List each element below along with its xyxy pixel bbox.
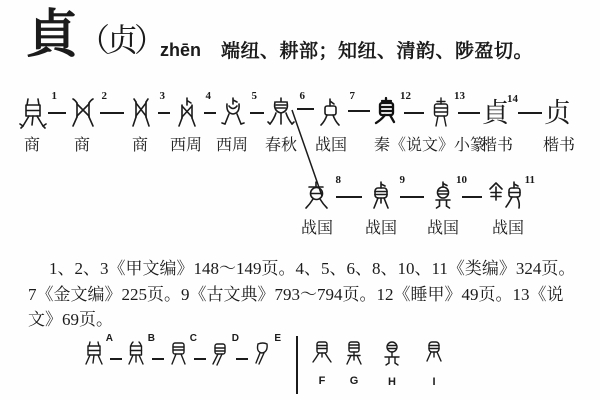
variant-glyph-h bbox=[380, 340, 404, 372]
ancient-glyph-2: 2 bbox=[68, 96, 98, 134]
variant-ding-icon bbox=[82, 340, 106, 372]
glyph-number: 12 bbox=[400, 90, 411, 102]
variant-glyph-c: C bbox=[166, 340, 190, 372]
period-label: 商 bbox=[74, 138, 90, 154]
period-label: 战国 bbox=[365, 221, 397, 237]
glyph-number: 3 bbox=[160, 90, 166, 102]
variant-bei-base-icon bbox=[380, 340, 404, 372]
glyph-number: 11 bbox=[525, 174, 535, 186]
pinyin: zhēn bbox=[160, 40, 201, 61]
link-dash bbox=[152, 358, 164, 360]
link-dash bbox=[204, 112, 216, 114]
link-dash bbox=[462, 196, 482, 198]
period-label: 秦 bbox=[374, 138, 390, 154]
variant-glyph-b: B bbox=[124, 340, 148, 372]
variant-bei-legs-icon bbox=[342, 340, 366, 372]
link-dash bbox=[348, 110, 370, 112]
variant-bei-icon bbox=[166, 340, 190, 372]
glyph-number: 6 bbox=[300, 90, 306, 102]
ancient-glyph-9: 9 bbox=[366, 180, 396, 218]
variant-glyph-d: D bbox=[208, 340, 232, 372]
reference-line: 文》69页。 bbox=[28, 307, 576, 333]
variant-glyph-i bbox=[422, 340, 446, 372]
variant-bei-legs-icon bbox=[310, 340, 334, 372]
ancient-glyph-10: 10 bbox=[428, 180, 458, 218]
glyph-number: 14 bbox=[507, 94, 518, 105]
period-label: 西周 bbox=[170, 138, 202, 154]
reference-line: 7《金文编》225页。9《古文典》793～794页。12《睡甲》49页。13《说 bbox=[28, 282, 576, 308]
warring-states-glyph-icon bbox=[302, 180, 332, 218]
variant-glyph-a: A bbox=[82, 340, 106, 372]
glyph-number: 8 bbox=[336, 174, 342, 186]
bu-over-ding-icon bbox=[172, 96, 202, 134]
ancient-glyph-12: 12 bbox=[372, 96, 402, 134]
headword-char: 貞 bbox=[26, 10, 78, 62]
seal-script-glyph-icon bbox=[426, 96, 456, 134]
period-label: 楷书 bbox=[543, 138, 575, 154]
source-references: 1、2、3《甲文编》148～149页。4、5、6、8、10、11《类编》324页… bbox=[28, 256, 576, 333]
variant-letter: F bbox=[319, 375, 326, 387]
variant-glyph-f bbox=[310, 340, 334, 372]
group-divider bbox=[296, 336, 298, 394]
period-label: 战国 bbox=[427, 221, 459, 237]
variant-letter: B bbox=[148, 333, 155, 344]
glyph-number: 4 bbox=[206, 90, 212, 102]
glyph-number: 9 bbox=[400, 174, 406, 186]
period-label: 西周 bbox=[216, 138, 248, 154]
period-label: 楷书 bbox=[481, 138, 513, 154]
ancient-glyph-4: 4 bbox=[172, 96, 202, 134]
variant-letter: C bbox=[190, 333, 197, 344]
phonology-text: 端纽、耕部；知纽、清韵、陟盈切。 bbox=[221, 36, 533, 63]
link-dash bbox=[100, 112, 124, 114]
link-dash bbox=[518, 112, 542, 114]
variant-letter: I bbox=[432, 376, 435, 388]
glyph-number: 7 bbox=[350, 90, 356, 102]
reference-line: 1、2、3《甲文编》148～149页。4、5、6、8、10、11《类编》324页… bbox=[28, 256, 576, 282]
ancient-glyph-5: 5 bbox=[218, 96, 248, 134]
variant-simplified-icon bbox=[250, 340, 274, 372]
glyph-number: 1 bbox=[52, 90, 58, 102]
period-label: 战国 bbox=[492, 221, 524, 237]
variant-glyph-e: E bbox=[250, 340, 274, 372]
link-dash bbox=[158, 112, 170, 114]
ancient-glyph-3: 3 bbox=[126, 96, 156, 134]
kaishu-traditional-char: 14 貞 bbox=[482, 100, 509, 127]
oracle-ding-icon bbox=[18, 96, 48, 134]
variant-letter: D bbox=[232, 333, 239, 344]
variant-letter: G bbox=[350, 375, 359, 387]
ancient-glyph-1: 1 bbox=[18, 96, 48, 134]
glyph-number: 13 bbox=[454, 90, 465, 102]
link-dash bbox=[404, 112, 424, 114]
ancient-glyph-13: 13 bbox=[426, 96, 456, 134]
warring-states-glyph-icon bbox=[366, 180, 396, 218]
variant-letter: E bbox=[274, 333, 281, 344]
variant-ding-icon bbox=[124, 340, 148, 372]
simplified-variant: （贞） bbox=[78, 24, 162, 56]
link-dash bbox=[236, 358, 248, 360]
link-dash bbox=[194, 358, 206, 360]
ancient-glyph-11: 11 bbox=[486, 180, 526, 218]
period-label: 商 bbox=[24, 138, 40, 154]
link-dash bbox=[400, 196, 424, 198]
metal-radical-glyph-icon bbox=[486, 180, 526, 218]
variant-glyph-g bbox=[342, 340, 366, 372]
variant-letter: H bbox=[388, 376, 396, 388]
glyph-number: 5 bbox=[252, 90, 258, 102]
variant-letter: A bbox=[106, 333, 113, 344]
period-label: 战国 bbox=[301, 221, 333, 237]
kaishu-simplified-char: 贞 bbox=[544, 100, 571, 127]
period-label: 《说文》小篆 bbox=[390, 138, 486, 154]
link-dash bbox=[250, 112, 264, 114]
oracle-bowtie-icon bbox=[68, 96, 98, 134]
glyph-number: 2 bbox=[102, 90, 108, 102]
bu-over-bowl-icon bbox=[218, 96, 248, 134]
variant-bei-icon bbox=[208, 340, 232, 372]
ancient-glyph-8: 8 bbox=[302, 180, 332, 218]
link-dash bbox=[336, 196, 362, 198]
link-dash bbox=[110, 358, 122, 360]
link-dash bbox=[458, 112, 480, 114]
period-label: 商 bbox=[132, 138, 148, 154]
oracle-bowtie-icon bbox=[126, 96, 156, 134]
glyph-number: 10 bbox=[456, 174, 467, 186]
variant-bei-legs-icon bbox=[422, 340, 446, 372]
qin-brush-glyph-icon bbox=[372, 96, 402, 134]
link-dash bbox=[48, 112, 66, 114]
dictionary-page: 貞 （贞） zhēn 端纽、耕部；知纽、清韵、陟盈切。 1 2 3 bbox=[0, 0, 600, 400]
warring-states-glyph-icon bbox=[428, 180, 458, 218]
